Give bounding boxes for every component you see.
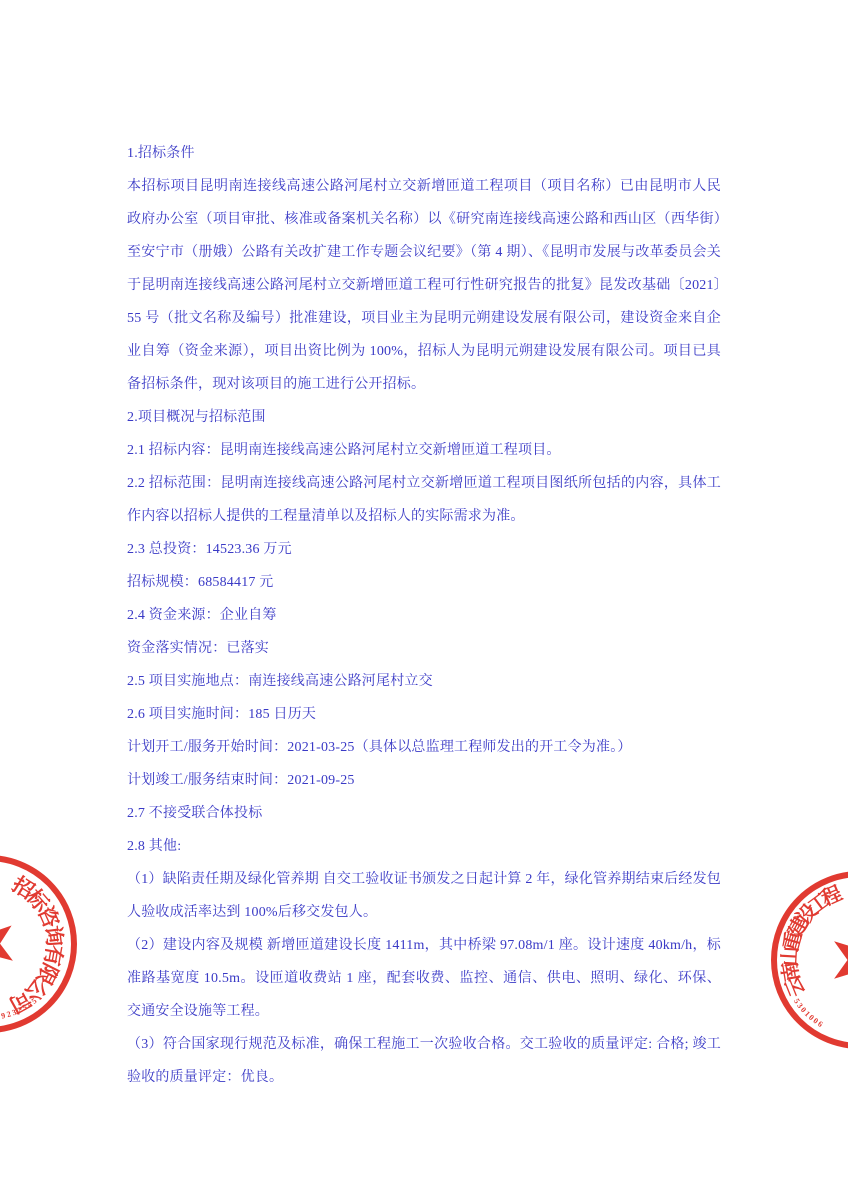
paragraph: 2.4 资金来源：企业自筹 (127, 599, 721, 632)
paragraph: 2.6 项目实施时间：185 日历天 (127, 698, 721, 731)
paragraph: 招标规模：68584417 元 (127, 566, 721, 599)
paragraph: 资金落实情况：已落实 (127, 632, 721, 665)
paragraph: 2.3 总投资：14523.36 万元 (127, 533, 721, 566)
paragraph: 计划开工/服务开始时间：2021-03-25（具体以总监理工程师发出的开工令为准… (127, 731, 721, 764)
scanned-tender-document-page: 1.招标条件本招标项目昆明南连接线高速公路河尾村立交新增匝道工程项目（项目名称）… (0, 0, 848, 1200)
paragraph: 2.1 招标内容：昆明南连接线高速公路河尾村立交新增匝道工程项目。 (127, 434, 721, 467)
paragraph: （3）符合国家现行规范及标准，确保工程施工一次验收合格。交工验收的质量评定: 合… (127, 1028, 721, 1094)
paragraph: （2）建设内容及规模 新增匝道建设长度 1411m，其中桥梁 97.08m/1 … (127, 929, 721, 1028)
paragraph: 本招标项目昆明南连接线高速公路河尾村立交新增匝道工程项目（项目名称）已由昆明市人… (127, 170, 721, 401)
tender-agency-seal: 招标咨询有限公司9232545 (0, 834, 98, 1054)
paragraph: 2.5 项目实施地点：南连接线高速公路河尾村立交 (127, 665, 721, 698)
paragraph: 2.2 招标范围：昆明南连接线高速公路河尾村立交新增匝道工程项目图纸所包括的内容… (127, 467, 721, 533)
paragraph: 2.8 其他: (127, 830, 721, 863)
paragraph: 2.项目概况与招标范围 (127, 401, 721, 434)
paragraph: 1.招标条件 (127, 137, 721, 170)
paragraph: （1）缺陷责任期及绿化管养期 自交工验收证书颁发之日起计算 2 年，绿化管养期结… (127, 863, 721, 929)
construction-company-seal: 云南山重建设工程5301006 (750, 850, 848, 1070)
paragraph: 计划竣工/服务结束时间：2021-09-25 (127, 764, 721, 797)
document-body: 1.招标条件本招标项目昆明南连接线高速公路河尾村立交新增匝道工程项目（项目名称）… (127, 137, 721, 1094)
paragraph: 2.7 不接受联合体投标 (127, 797, 721, 830)
